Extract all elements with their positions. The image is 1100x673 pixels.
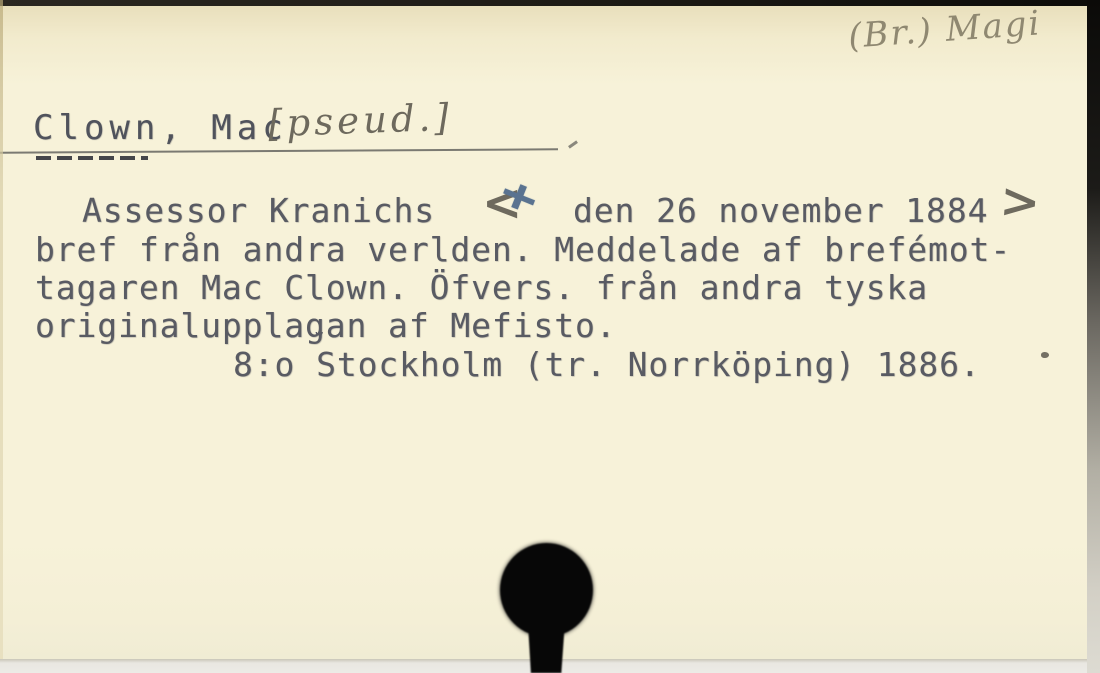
publication-line: 8:o Stockholm (tr. Norrköping) 1886. <box>233 345 981 384</box>
card-left-edge <box>0 0 3 659</box>
body-line-date: den 26 november 1884 <box>573 191 988 230</box>
handwritten-angle-close-mark: > <box>998 177 1041 228</box>
card-heading-name: Clown, Mac <box>33 108 288 148</box>
underline-end-tick <box>568 140 578 148</box>
heading-underline-dashed <box>36 156 148 160</box>
body-line-title-start: Assessor Kranichs <box>82 191 435 230</box>
body-line: tagaren Mac Clown. Öfvers. från andra ty… <box>35 268 928 307</box>
body-line: bref från andra verlden. Meddelade af br… <box>35 230 1011 269</box>
heading-underline <box>0 148 558 153</box>
handwritten-classification: (Br.) Magi <box>847 0 1099 57</box>
scanned-catalog-card: (Br.) Magi Clown, Mac [pseud.] Assessor … <box>0 0 1100 673</box>
stray-diacritic-mark: ˘ <box>312 331 326 355</box>
card-top-edge <box>0 0 1100 6</box>
ink-speck <box>1041 352 1049 358</box>
card-heading-pseud: [pseud.] <box>267 96 453 145</box>
keyhole-stem <box>527 608 566 673</box>
card-right-edge-shadow <box>1087 0 1100 673</box>
